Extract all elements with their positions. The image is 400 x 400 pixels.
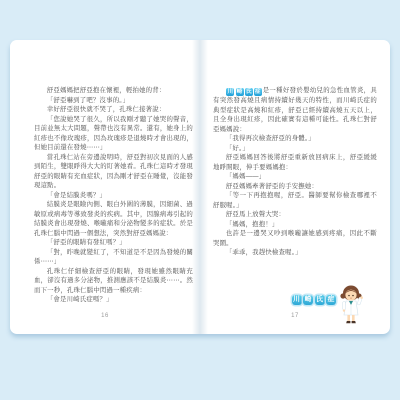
dialogue-paragraph: 「等一下再抱抱喔，舒亞。醫師要幫你檢查哪裡不舒服喔。」 [213, 191, 377, 210]
narrative-paragraph: 舒亞媽媽牽著舒亞的手安撫她： [213, 182, 377, 192]
dialogue-paragraph: 「我得再次檢查舒亞的身體。」 [213, 134, 377, 144]
keyword-mascot-group: 川崎氏症 [292, 284, 365, 326]
dialogue-paragraph: 「您說她哭了很久，所以我剛才聽了她哭的聲音，目前並無太大問題，聲帶也沒有異常。還… [34, 115, 193, 153]
left-page-number: 16 [10, 313, 200, 319]
dialogue-paragraph: 「媽媽——」 [213, 172, 377, 182]
narrative-paragraph: 孔珠仁仔細檢查舒亞的眼睛，發現她雖然眼睛充血，卻沒有過多分泌物，推測應該不是結膜… [34, 267, 193, 296]
narrative-paragraph: 幸好舒亞很快就不哭了，孔珠仁接著說： [34, 105, 193, 115]
dialogue-paragraph: 「乖乖，我趕快檢查喔。」 [213, 248, 377, 258]
narrative-paragraph: 也許是一邊哭又吵到喉嚨讓她感到疼痛，因此不斷哭鬧。 [213, 229, 377, 248]
narrative-paragraph: 川崎氏症是一種好發於嬰幼兒的急性血管炎，具有突然發高燒且病情持續好幾天的特性，而… [213, 86, 377, 134]
highlighted-term-char: 崎 [236, 88, 244, 96]
narrative-paragraph: 舒亞馬上放聲大哭： [213, 210, 377, 220]
dialogue-paragraph: 「舒亞嚇到了吧？沒事的。」 [34, 96, 193, 106]
narrative-paragraph: 舒亞媽媽回答後將舒亞重新放回病床上，舒亞緩緩地睜開眼，伸手要媽媽抱： [213, 153, 377, 172]
dialogue-paragraph: 「會是川崎氏症嗎？」 [34, 295, 193, 305]
keyword-badge-char: 氏 [315, 295, 325, 305]
dialogue-paragraph: 「媽媽，抱抱！」 [213, 220, 377, 230]
dialogue-paragraph: 「舒亞的眼睛有發紅嗎？」 [34, 238, 193, 248]
open-book: 舒亞媽媽把舒亞抱在懷裡，輕拍她的背：「舒亞嚇到了吧？沒事的。」幸好舒亞很快就不哭… [10, 40, 390, 334]
narrative-paragraph: 當孔珠仁站在旁邊說明時，舒亞對初次見面的人感到陌生，雙眼睜得大大的盯著她看。孔珠… [34, 153, 193, 191]
dialogue-paragraph: 「好。」 [213, 144, 377, 154]
highlighted-term-char: 川 [226, 88, 234, 96]
book-spread-screenshot: 舒亞媽媽把舒亞抱在懷裡，輕拍她的背：「舒亞嚇到了吧？沒事的。」幸好舒亞很快就不哭… [0, 0, 400, 400]
keyword-badge-char: 崎 [303, 295, 313, 305]
keyword-badge: 川崎氏症 [292, 295, 337, 305]
narrative-paragraph: 舒亞媽媽把舒亞抱在懷裡，輕拍她的背： [34, 86, 193, 96]
right-page: 川崎氏症是一種好發於嬰幼兒的急性血管炎，具有突然發高燒且病情持續好幾天的特性，而… [200, 40, 390, 334]
narrative-paragraph: 結膜炎是眼瞼內側、眼白外圍的薄膜，因細菌、過敏原或病毒等導致發炎的疾病。其中，因… [34, 200, 193, 238]
left-page: 舒亞媽媽把舒亞抱在懷裡，輕拍她的背：「舒亞嚇到了吧？沒事的。」幸好舒亞很快就不哭… [10, 40, 200, 334]
nurse-girl-icon [338, 284, 364, 326]
keyword-badge-char: 川 [292, 295, 302, 305]
dialogue-paragraph: 「會是結膜炎嗎？」 [34, 191, 193, 201]
highlighted-term-char: 氏 [245, 88, 253, 96]
left-page-text: 舒亞媽媽把舒亞抱在懷裡，輕拍她的背：「舒亞嚇到了吧？沒事的。」幸好舒亞很快就不哭… [34, 86, 193, 305]
right-page-text: 川崎氏症是一種好發於嬰幼兒的急性血管炎，具有突然發高燒且病情持續好幾天的特性，而… [213, 86, 377, 258]
keyword-badge-char: 症 [326, 295, 336, 305]
highlighted-term-char: 症 [254, 88, 262, 96]
dialogue-paragraph: 「對，昨晚就變紅了，不知道是不是因為發燒的關係⋯⋯」 [34, 248, 193, 267]
